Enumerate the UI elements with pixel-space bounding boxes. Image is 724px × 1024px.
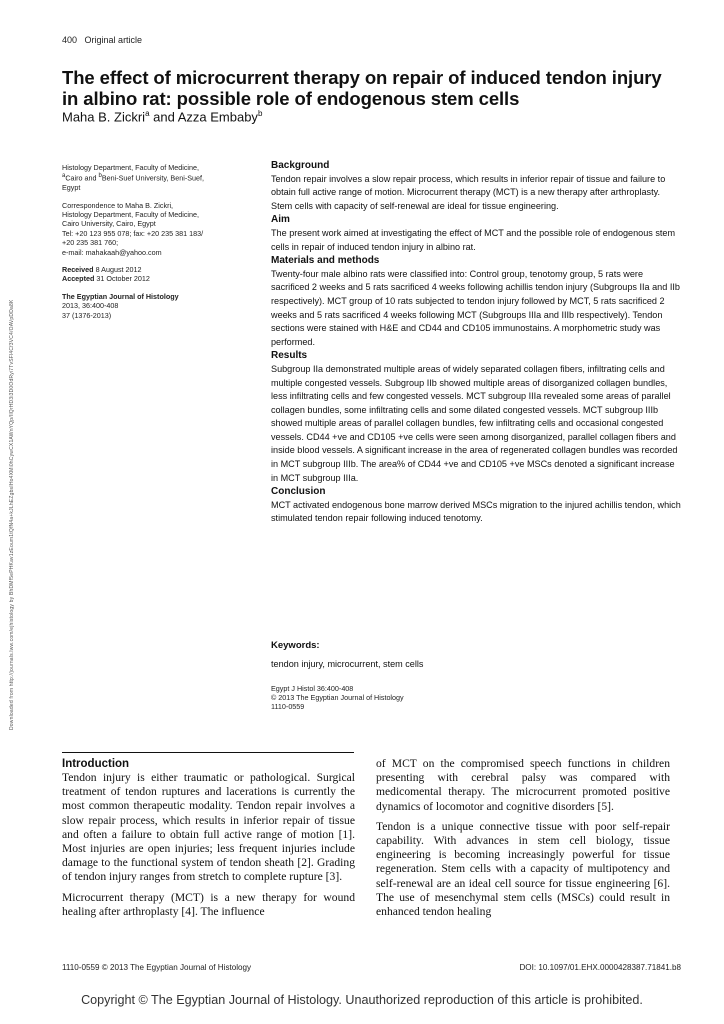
- abstract-results: Subgroup IIa demonstrated multiple areas…: [271, 363, 681, 485]
- abstract: Background Tendon repair involves a slow…: [271, 159, 681, 526]
- received-label: Received: [62, 265, 94, 274]
- keywords-label: Keywords:: [271, 639, 671, 653]
- correspondence: Correspondence to Maha B. Zickri, Histol…: [62, 201, 267, 257]
- citation-copyright: © 2013 The Egyptian Journal of Histology: [271, 693, 404, 702]
- article-sidebar: Histology Department, Faculty of Medicin…: [62, 163, 267, 328]
- introduction-column-1: Introduction Tendon injury is either tra…: [62, 757, 355, 925]
- citation-line: Egypt J Histol 36:400-408: [271, 684, 404, 693]
- correspondence-email[interactable]: e-mail: mahakaah@yahoo.com: [62, 248, 162, 257]
- journal-name: The Egyptian Journal of Histology: [62, 292, 179, 301]
- affiliation-line: Histology Department, Faculty of Medicin…: [62, 163, 199, 172]
- correspondence-line: Histology Department, Faculty of Medicin…: [62, 210, 199, 219]
- correspondence-phone: +20 235 381 760;: [62, 238, 118, 247]
- abstract-aim: The present work aimed at investigating …: [271, 227, 681, 254]
- affiliation-line: Beni-Suef University, Beni-Suef,: [102, 174, 204, 183]
- article-type: Original article: [85, 35, 143, 45]
- journal-issue: 37 (1376-2013): [62, 311, 111, 320]
- correspondence-line: Cairo University, Cairo, Egypt: [62, 219, 156, 228]
- affiliation-line: Egypt: [62, 183, 80, 192]
- keywords: Keywords: tendon injury, microcurrent, s…: [271, 639, 671, 671]
- body-paragraph: Tendon injury is either traumatic or pat…: [62, 771, 355, 885]
- footer-doi[interactable]: DOI: 10.1097/01.EHX.0000428387.71841.b8: [519, 963, 681, 972]
- affiliation-line: Cairo and: [65, 174, 98, 183]
- citation-issn: 1110-0559: [271, 702, 404, 711]
- correspondence-phone: Tel: +20 123 955 078; fax: +20 235 381 1…: [62, 229, 203, 238]
- accepted-date: 31 October 2012: [94, 274, 150, 283]
- affiliation: Histology Department, Faculty of Medicin…: [62, 163, 267, 193]
- abstract-conclusion: MCT activated endogenous bone marrow der…: [271, 499, 681, 526]
- correspondence-line: Correspondence to Maha B. Zickri,: [62, 201, 173, 210]
- abstract-methods: Twenty-four male albino rats were classi…: [271, 268, 681, 350]
- author-name: Maha B. Zickri: [62, 109, 145, 124]
- section-divider: [62, 752, 354, 753]
- footer-issn: 1110-0559 © 2013 The Egyptian Journal of…: [62, 963, 251, 972]
- journal-info: The Egyptian Journal of Histology 2013, …: [62, 292, 267, 320]
- page-number: 400: [62, 35, 77, 45]
- author-list: Maha B. Zickria and Azza Embabyb: [62, 109, 262, 124]
- body-paragraph: Microcurrent therapy (MCT) is a new ther…: [62, 891, 355, 919]
- abstract-background: Tendon repair involves a slow repair pro…: [271, 173, 681, 214]
- author-joiner: and: [150, 109, 178, 124]
- introduction-heading: Introduction: [62, 757, 355, 771]
- body-paragraph: Tendon is a unique connective tissue wit…: [376, 820, 670, 919]
- copyright-banner: Copyright © The Egyptian Journal of Hist…: [0, 993, 724, 1007]
- accepted-label: Accepted: [62, 274, 94, 283]
- running-head: 400 Original article: [62, 35, 142, 45]
- abstract-heading-methods: Materials and methods: [271, 254, 681, 268]
- journal-volume: 2013, 36:400-408: [62, 301, 118, 310]
- author-name: Azza Embaby: [178, 109, 258, 124]
- abstract-heading-aim: Aim: [271, 213, 681, 227]
- author-affiliation-mark: b: [258, 109, 262, 118]
- received-date: 8 August 2012: [94, 265, 142, 274]
- introduction-column-2: of MCT on the compromised speech functio…: [376, 757, 670, 925]
- citation-block: Egypt J Histol 36:400-408 © 2013 The Egy…: [271, 684, 404, 712]
- body-paragraph: of MCT on the compromised speech functio…: [376, 757, 670, 814]
- abstract-heading-background: Background: [271, 159, 681, 173]
- abstract-heading-conclusion: Conclusion: [271, 485, 681, 499]
- download-watermark: Downloaded from http://journals.lww.com/…: [9, 300, 18, 730]
- abstract-heading-results: Results: [271, 349, 681, 363]
- article-title: The effect of microcurrent therapy on re…: [62, 67, 682, 109]
- keywords-list: tendon injury, microcurrent, stem cells: [271, 657, 671, 671]
- article-dates: Received 8 August 2012 Accepted 31 Octob…: [62, 265, 267, 284]
